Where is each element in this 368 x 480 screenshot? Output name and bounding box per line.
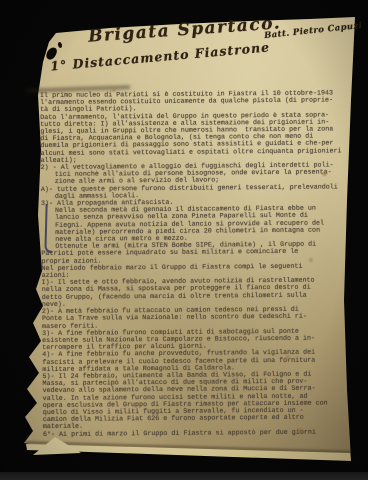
foxing-stain bbox=[285, 355, 290, 360]
typewritten-body: Il primo nucleo di Patrioti si è costitu… bbox=[40, 90, 351, 438]
foxing-stain bbox=[112, 89, 116, 92]
foxing-stain bbox=[309, 258, 313, 262]
document-photo: Brigata Spartaco. Batt. Pietro Capuzi 1°… bbox=[0, 0, 368, 480]
foxing-stain bbox=[322, 172, 327, 176]
scan-background-strip bbox=[0, 472, 368, 480]
foxing-stain bbox=[297, 428, 303, 433]
